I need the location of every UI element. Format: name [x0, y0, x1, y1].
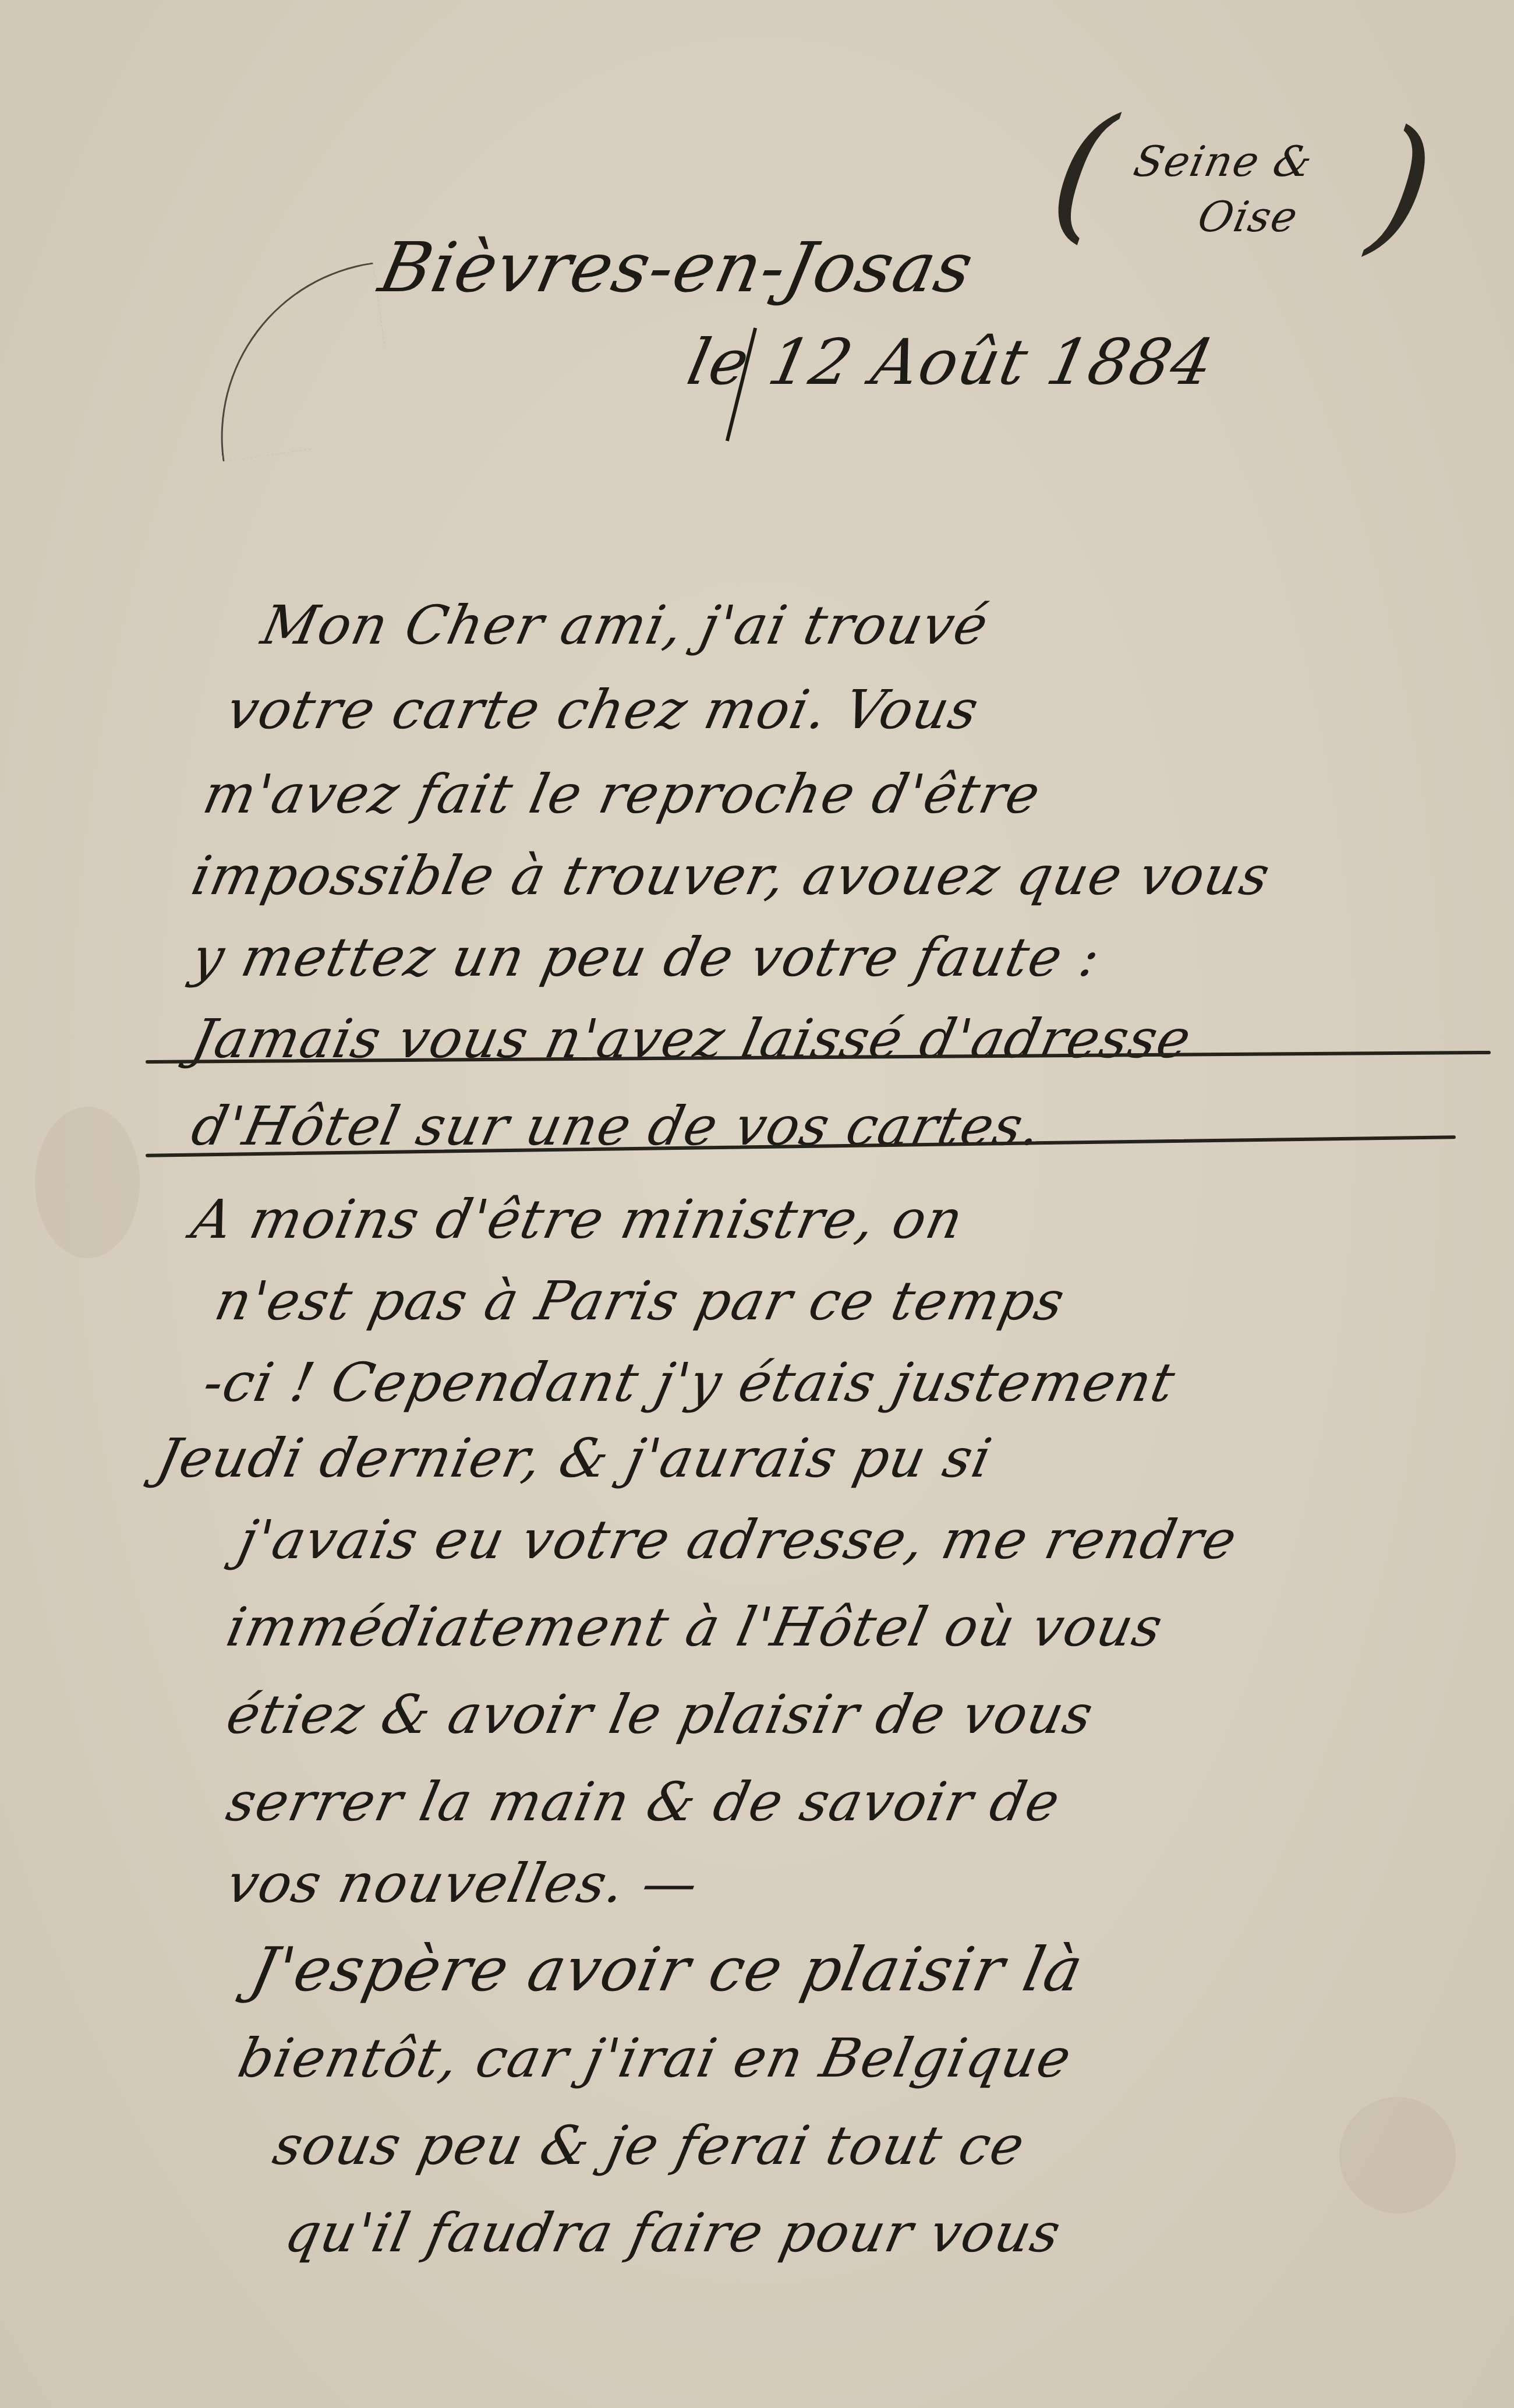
paper-stain — [1339, 2097, 1456, 2213]
letter-line: Mon Cher ami, j'ai trouvé — [256, 594, 994, 656]
letter-line: votre carte chez moi. Vous — [221, 679, 985, 741]
letter-line: y mettez un peu de votre faute : — [186, 926, 1106, 988]
letter-line: impossible à trouver, avouez que vous — [186, 845, 1276, 907]
letter-line: étiez & avoir le plaisir de vous — [221, 1683, 1099, 1746]
letter-place: Bièvres-en-Josas — [373, 227, 981, 308]
letter-line: sous peu & je ferai tout ce — [268, 2114, 1031, 2177]
letter-line: bientôt, car j'irai en Belgique — [233, 2027, 1077, 2089]
paren-close: ) — [1363, 99, 1443, 269]
letter-line: serrer la main & de savoir de — [221, 1771, 1066, 1833]
letter-line: vos nouvelles. — — [221, 1852, 705, 1915]
header-flourish — [198, 262, 397, 461]
letter-line: immédiatement à l'Hôtel où vous — [221, 1596, 1169, 1658]
letter-date: le 12 Août 1884 — [681, 326, 1221, 399]
department-line-1: Seine & — [1130, 137, 1318, 186]
letter-line: j'avais eu votre adresse, me rendre — [233, 1509, 1243, 1571]
letter-line: m'avez fait le reproche d'être — [198, 763, 1046, 825]
letter-line: J'espère avoir ce plaisir là — [245, 1934, 1090, 2005]
letter-page: Bièvres-en-Josas ( Seine & Oise ) le 12 … — [0, 0, 1514, 2408]
letter-line: Jeudi dernier, & j'aurais pu si — [151, 1427, 997, 1489]
letter-line: qu'il faudra faire pour vous — [280, 2202, 1067, 2264]
letter-line: A moins d'être ministre, on — [186, 1188, 970, 1251]
paper-stain — [35, 1107, 140, 1258]
paren-open: ( — [1042, 87, 1123, 257]
department-line-2: Oise — [1194, 192, 1303, 241]
letter-line: -ci ! Cependant j'y étais justement — [198, 1351, 1181, 1414]
letter-line: n'est pas à Paris par ce temps — [210, 1270, 1071, 1332]
